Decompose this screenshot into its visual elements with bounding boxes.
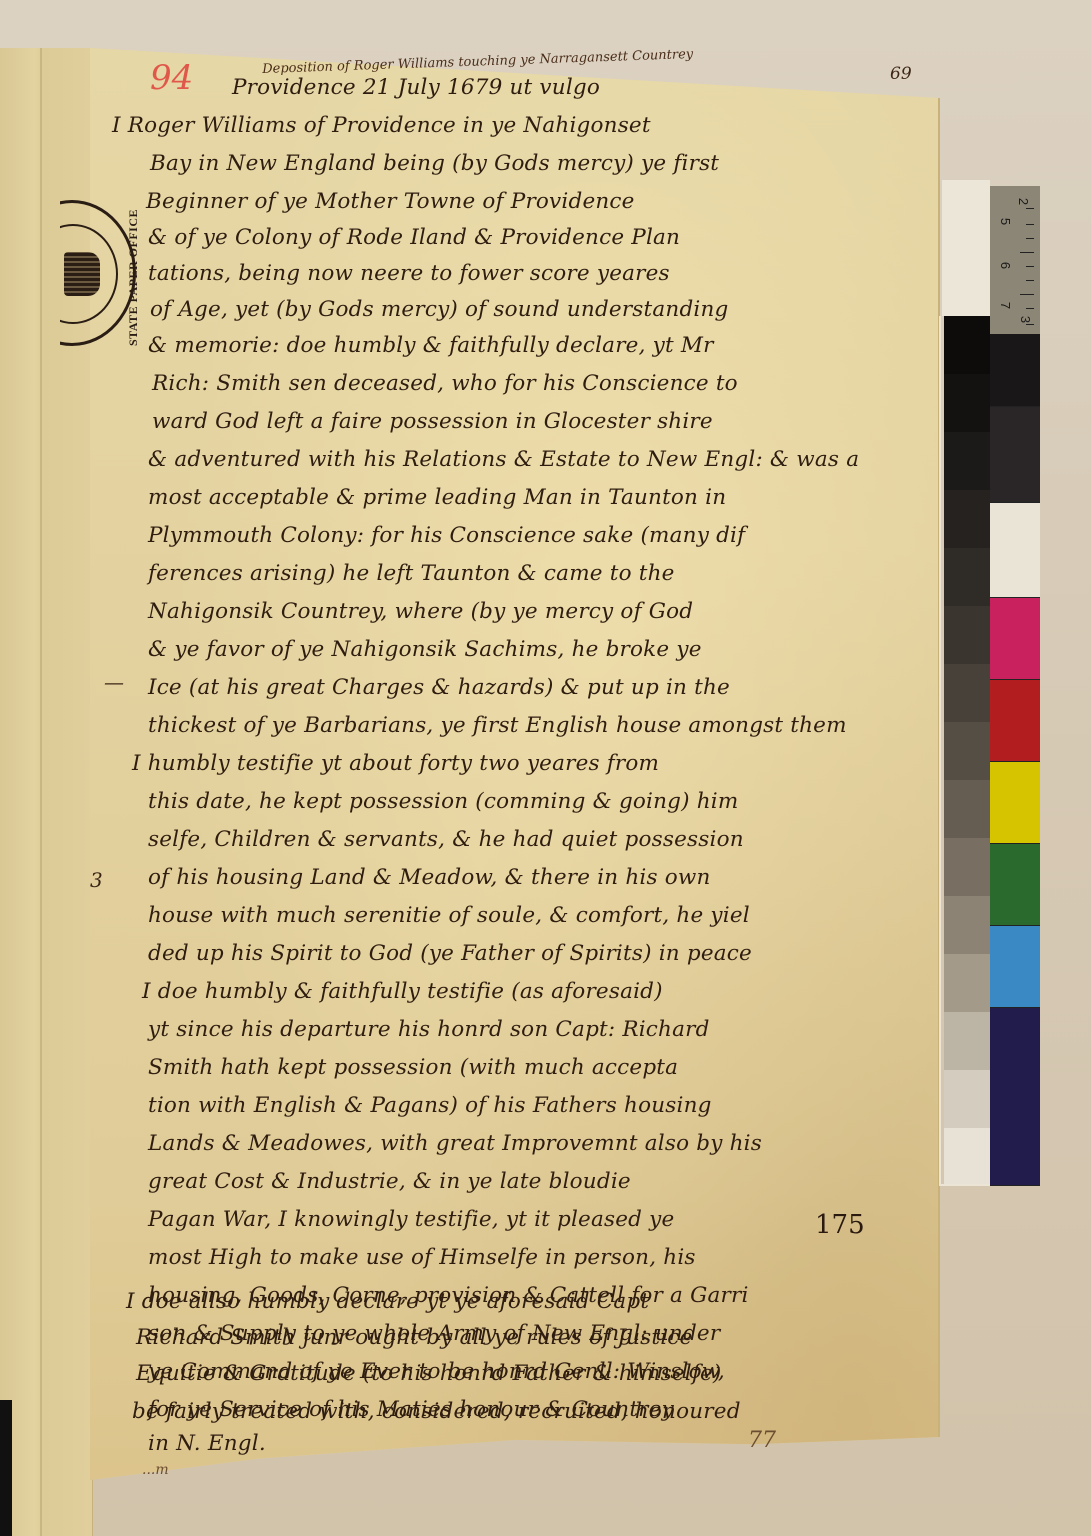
- swatch-yellow: [990, 762, 1040, 844]
- text-line: Rich: Smith sen deceased, who for his Co…: [152, 366, 738, 402]
- text-line: this date, he kept possession (comming &…: [148, 784, 738, 820]
- ruler-tick: [1026, 238, 1034, 239]
- ruler-tick: [1026, 224, 1034, 225]
- text-line: ferences arising) he left Taunton & came…: [148, 556, 675, 592]
- ruler-label: 3: [1018, 316, 1033, 323]
- ruler-label: 7: [998, 302, 1013, 309]
- text-line: of his housing Land & Meadow, & there in…: [148, 860, 711, 896]
- swatch-green: [990, 844, 1040, 926]
- text-line: I doe humbly & faithfully testifie (as a…: [142, 974, 663, 1010]
- stamped-page-number: 175: [815, 1210, 865, 1240]
- text-line: of Age, yet (by Gods mercy) of sound und…: [150, 292, 729, 328]
- swatch-magenta: [990, 598, 1040, 680]
- ruler-tick: [1026, 266, 1034, 267]
- text-line: Ice (at his great Charges & hazards) & p…: [148, 670, 730, 706]
- text-line: ward God left a faire possession in Gloc…: [152, 404, 713, 440]
- text-line: house with much serenitie of soule, & co…: [148, 898, 750, 934]
- text-line: tations, being now neere to fower score …: [148, 256, 670, 292]
- ruler-tick: [1026, 324, 1034, 325]
- text-line: tion with English & Pagans) of his Fathe…: [148, 1088, 712, 1124]
- text-line: be fairly treated with, considered, recr…: [132, 1394, 741, 1430]
- swatch-cyan: [990, 926, 1040, 1008]
- text-line: & adventured with his Relations & Estate…: [148, 442, 859, 478]
- margin-mark: —: [104, 670, 124, 694]
- swatch-black: [990, 334, 1040, 407]
- text-line: ded up his Spirit to God (ye Father of S…: [148, 936, 752, 972]
- text-line: I Roger Williams of Providence in ye Nah…: [112, 108, 651, 144]
- stamp-text: STATE PAPER OFFICE: [126, 206, 142, 346]
- swatch-white: [990, 503, 1040, 598]
- ruler-tick: [1026, 280, 1034, 281]
- text-line: I humbly testifie yt about forty two yea…: [132, 746, 659, 782]
- binding-edge-shadow: [0, 1400, 12, 1536]
- swatch-navy: [990, 1008, 1040, 1186]
- bottom-page-number: 77: [748, 1428, 776, 1453]
- crown-stamp-icon: [64, 252, 100, 296]
- text-line: I doe allso humbly declare yt ye aforesa…: [126, 1284, 649, 1320]
- text-line: Bay in New England being (by Gods mercy)…: [150, 146, 719, 182]
- text-line: most acceptable & prime leading Man in T…: [148, 480, 726, 516]
- text-line: most High to make use of Himselfe in per…: [148, 1240, 696, 1276]
- swatch-dark-gray: [990, 407, 1040, 503]
- text-line: in N. Engl.: [148, 1426, 266, 1462]
- text-line: Smith hath kept possession (with much ac…: [148, 1050, 678, 1086]
- scale-ruler: 2 5 6 7 3: [990, 186, 1040, 334]
- folio-number-top: 69: [890, 64, 912, 84]
- swatch-red: [990, 680, 1040, 762]
- ruler-label: 6: [998, 262, 1013, 269]
- guard-fold-line: [40, 48, 42, 1536]
- ruler-label: 5: [998, 218, 1013, 225]
- folio-number-red: 94: [150, 58, 193, 98]
- text-line: Beginner of ye Mother Towne of Providenc…: [146, 184, 635, 220]
- text-line: & ye favor of ye Nahigonsik Sachims, he …: [148, 632, 702, 668]
- ruler-tick: [1026, 208, 1034, 209]
- ruler-tick: [1020, 294, 1034, 295]
- ruler-tick: [1020, 252, 1034, 253]
- target-frame: [939, 316, 994, 1186]
- text-line: Lands & Meadowes, with great Improvemnt …: [148, 1126, 762, 1162]
- margin-mark: 3: [90, 868, 103, 892]
- text-line: Plymmouth Colony: for his Conscience sak…: [148, 518, 745, 554]
- text-line: yt since his departure his honrd son Cap…: [148, 1012, 710, 1048]
- signature-fragment: ...m: [142, 1462, 169, 1478]
- text-line: Nahigonsik Countrey, where (by ye mercy …: [148, 594, 693, 630]
- text-line: great Cost & Industrie, & in ye late blo…: [148, 1164, 631, 1200]
- text-line: & memorie: doe humbly & faithfully decla…: [148, 328, 714, 364]
- ruler-tick: [1026, 308, 1034, 309]
- text-line: Providence 21 July 1679 ut vulgo: [232, 70, 600, 106]
- state-paper-office-stamp: STATE PAPER OFFICE: [60, 200, 142, 350]
- text-line: & of ye Colony of Rode Iland & Providenc…: [148, 220, 680, 256]
- text-line: Richard Smith junr ought by all ye rules…: [136, 1320, 692, 1356]
- ruler-label: 2: [1016, 198, 1031, 205]
- text-line: thickest of ye Barbarians, ye first Engl…: [148, 708, 847, 744]
- text-line: Equitie & Gratitude (to his honrd Father…: [136, 1356, 722, 1392]
- text-line: Pagan War, I knowingly testifie, yt it p…: [148, 1202, 674, 1238]
- target-white-header: [942, 180, 990, 316]
- text-line: selfe, Children & servants, & he had qui…: [148, 822, 744, 858]
